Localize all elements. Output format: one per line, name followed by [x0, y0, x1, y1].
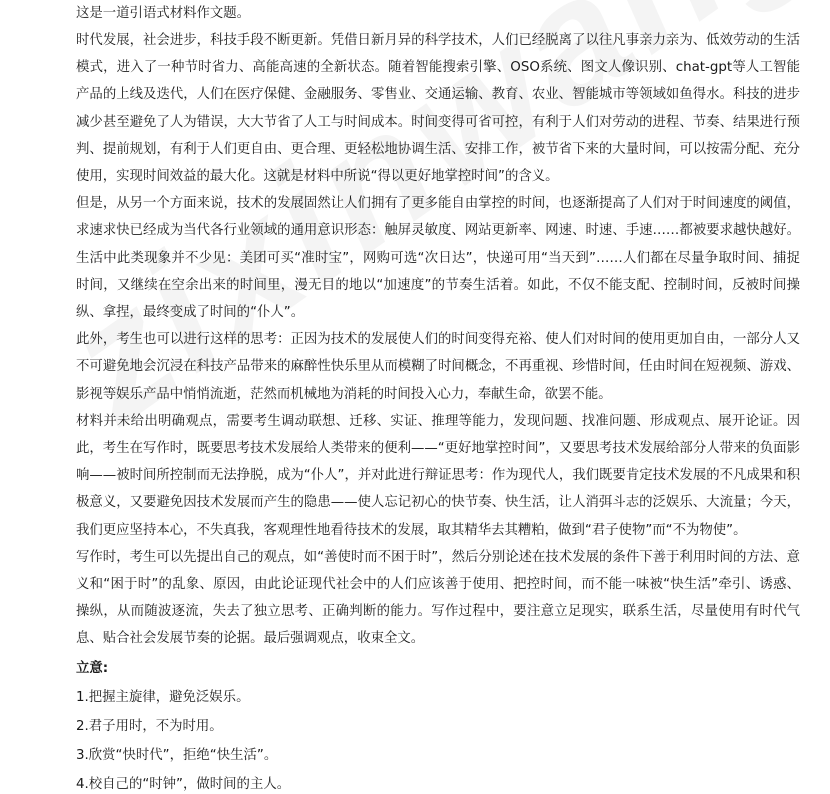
thesis-item-2: 2.君子用时，不为时用。: [76, 712, 800, 741]
intro-line: 这是一道引语式材料作文题。: [76, 0, 800, 27]
paragraph-entertainment: 此外，考生也可以进行这样的思考：正因为技术的发展使人们的时间变得充裕、使人们对时…: [76, 326, 800, 408]
paragraph-time-speed: 但是，从另一个方面来说，技术的发展固然让人们拥有了更多能自由掌控的时间，也逐渐提…: [76, 190, 800, 326]
document-body: 这是一道引语式材料作文题。 时代发展，社会进步，科技手段不断更新。凭借日新月异的…: [76, 0, 800, 794]
paragraph-tech-progress: 时代发展，社会进步，科技手段不断更新。凭借日新月异的科学技术，人们已经脱离了以往…: [76, 27, 800, 190]
thesis-item-1: 1.把握主旋律，避免泛娱乐。: [76, 683, 800, 712]
thesis-item-4: 4.校自己的“时钟”，做时间的主人。: [76, 770, 800, 794]
thesis-item-3: 3.欣赏“快时代”，拒绝“快生活”。: [76, 741, 800, 770]
section-heading-thesis: 立意:: [76, 655, 800, 683]
paragraph-analysis: 材料并未给出明确观点，需要考生调动联想、迁移、实证、推理等能力，发现问题、找准问…: [76, 408, 800, 544]
paragraph-writing-guide: 写作时，考生可以先提出自己的观点，如“善使时而不困于时”，然后分别论述在技术发展…: [76, 544, 800, 653]
